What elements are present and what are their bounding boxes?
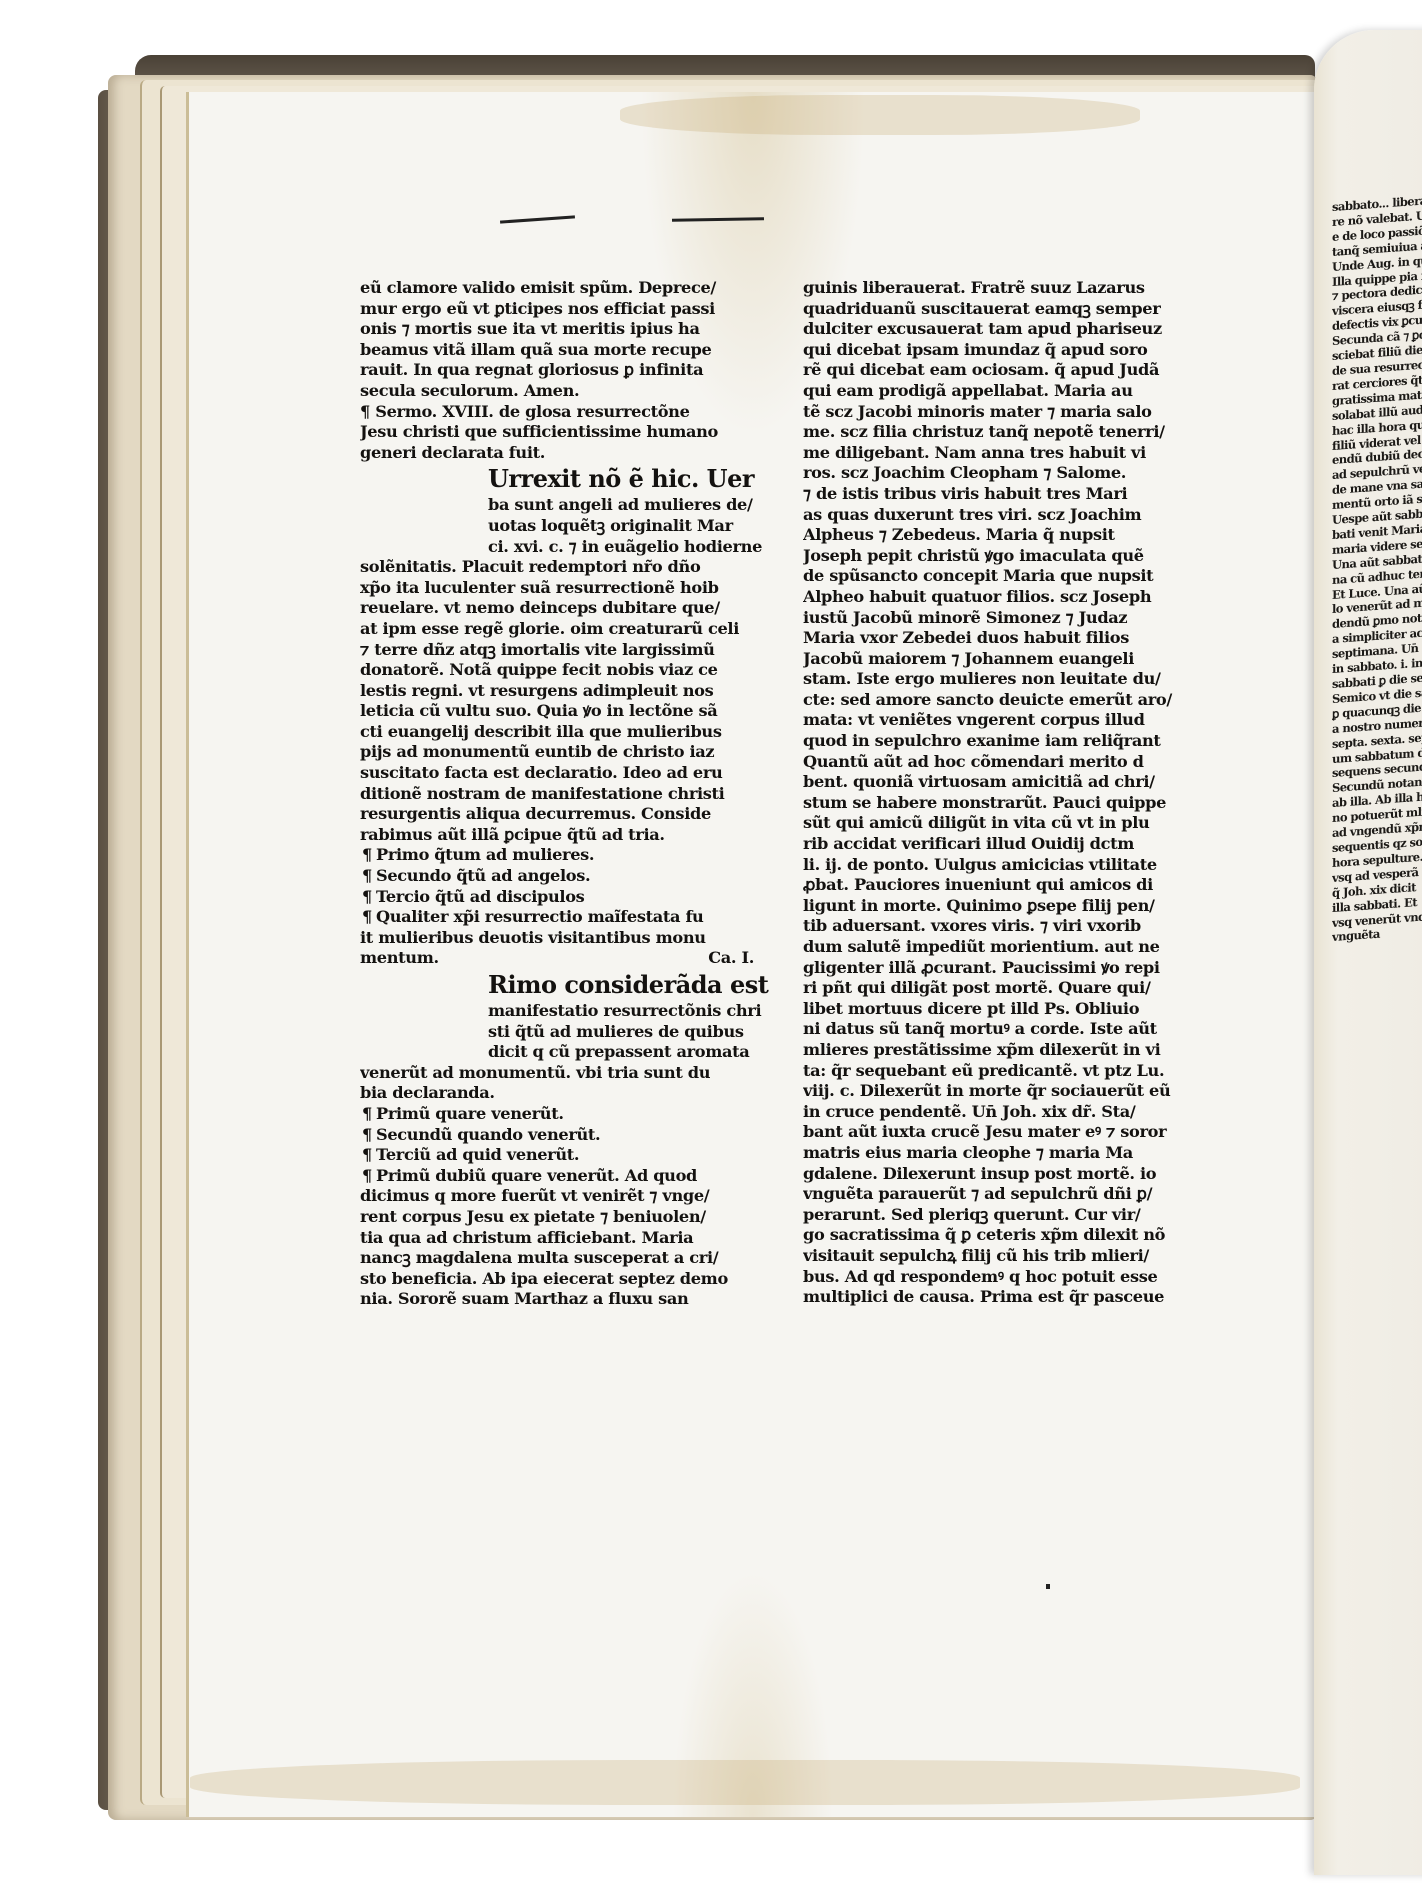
ink-mark xyxy=(1046,1584,1050,1589)
text-line: go sacratissima q̃ ꝑ ceteris xp̃m dilexi… xyxy=(803,1225,1243,1246)
text-line: beamus vitã illam quã sua morte recupe xyxy=(360,340,796,361)
text-line: rabimus aũt illã ꝑcipue q̃tũ ad tria. xyxy=(360,825,796,846)
text-line: iustũ Jacobũ minorẽ Simonez ⁊ Judaz xyxy=(803,608,1243,629)
text-line: eũ clamore valido emisit spũm. Deprece/ xyxy=(360,278,796,299)
text-line: lestis regni. vt resurgens adimpleuit no… xyxy=(360,681,796,702)
text-line: viij. c. Dilexerũt in morte q̃r sociauer… xyxy=(803,1081,1243,1102)
outline-item: ¶Secundũ quando venerũt. xyxy=(360,1125,796,1146)
text-line: resurgentis aliqua decurremus. Conside xyxy=(360,804,796,825)
left-text-column: eũ clamore valido emisit spũm. Deprece/ … xyxy=(360,278,796,1310)
text-line: ⁊ terre dñz atqꝫ imortalis vite largissi… xyxy=(360,640,796,661)
text-line: reuelare. vt nemo deinceps dubitare que/ xyxy=(360,598,796,619)
text-line: rauit. In qua regnat gloriosus ꝑ infinit… xyxy=(360,360,796,381)
text-line: donatorẽ. Notã quippe fecit nobis viaz c… xyxy=(360,660,796,681)
text-line: stum se habere monstrarũt. Pauci quippe xyxy=(803,793,1243,814)
text-line: ⁊ de istis tribus viris habuit tres Mari xyxy=(803,484,1243,505)
text-line: tia qua ad christum afficiebant. Maria xyxy=(360,1228,796,1249)
text-line: Jacobũ maiorem ⁊ Johannem euangeli xyxy=(803,649,1243,670)
text-line: li. ij. de ponto. Uulgus amicicias vtili… xyxy=(803,855,1243,876)
text-line: onis ⁊ mortis sue ita vt meritis ipius h… xyxy=(360,319,796,340)
text-line: ri pñt qui diligãt post mortẽ. Quare qui… xyxy=(803,978,1243,999)
text-line: ni datus sũ tanq̃ mortuꝰ a corde. Iste a… xyxy=(803,1019,1243,1040)
text-line: me diligebant. Nam anna tres habuit vi xyxy=(803,443,1243,464)
text-line: it mulieribus deuotis visitantibus monu xyxy=(360,928,796,949)
text-line: rẽ qui dicebat eam ociosam. q̃ apud Judã xyxy=(803,360,1243,381)
chapter-label: Ca. I. xyxy=(708,948,754,969)
text-line: at ipm esse regẽ glorie. oim creaturarũ … xyxy=(360,619,796,640)
text-line: mur ergo eũ vt ꝑticipes nos efficiat pas… xyxy=(360,299,796,320)
text-line: Quantũ aũt ad hoc cõmendari merito d xyxy=(803,752,1243,773)
sermon-title-line: generi declarata fuit. xyxy=(360,443,796,464)
text-line: vnguẽta parauerũt ⁊ ad sepulchrũ dñi ꝑ/ xyxy=(803,1184,1243,1205)
outline-item: ¶Primũ dubiũ quare venerũt. Ad quod xyxy=(360,1166,796,1187)
text-line: sti q̃tũ ad mulieres de quibus xyxy=(360,1022,796,1043)
facing-page-text-fragment: sabbato... liberauerat q pre nimire nõ v… xyxy=(1332,193,1422,945)
outline-item: ¶Qualiter xp̃i resurrectio maĩfestata fu xyxy=(360,907,796,928)
text-line: qui dicebat ipsam imundaz q̃ apud soro xyxy=(803,340,1243,361)
chapter-heading: Rimo considerãda est xyxy=(360,969,796,1001)
text-line: in cruce pendentẽ. Un̄ Joh. xix dr̃. Sta… xyxy=(803,1102,1243,1123)
text-line: Alpheo habuit quatuor filios. scz Joseph xyxy=(803,587,1243,608)
text-line: leticia cũ vultu suo. Quia ꝟo in lectõne… xyxy=(360,701,796,722)
text-line: dicimus q more fuerũt vt venirẽt ⁊ vnge/ xyxy=(360,1186,796,1207)
text-line: qui eam prodigã appellabat. Maria au xyxy=(803,381,1243,402)
text-line: ci. xvi. c. ⁊ in euãgelio hodierne xyxy=(360,537,796,558)
text-line: cte: sed amore sancto deuicte emerũt aro… xyxy=(803,690,1243,711)
outline-item: ¶Secundo q̃tũ ad angelos. xyxy=(360,866,796,887)
text-line: me. scz filia christuz tanq̃ nepotẽ tene… xyxy=(803,422,1243,443)
text-line: pijs ad monumentũ euntib de christo iaz xyxy=(360,742,796,763)
water-stain-top xyxy=(620,95,1140,135)
pilcrow-icon: ¶ xyxy=(362,1166,376,1187)
text-line: mlieres prestãtissime xp̃m dilexerũt in … xyxy=(803,1040,1243,1061)
text-line: multiplici de causa. Prima est q̃r pasce… xyxy=(803,1287,1243,1308)
text-line: sto beneficia. Ab ipa eiecerat septez de… xyxy=(360,1269,796,1290)
text-line: nancꝫ magdalena multa susceperat a cri/ xyxy=(360,1248,796,1269)
text-line: bent. quoniã virtuosam amicitiã ad chri/ xyxy=(803,772,1243,793)
sermon-title-line: Jesu christi que sufficientissime humano xyxy=(360,422,796,443)
pilcrow-icon: ¶ xyxy=(362,866,376,887)
text-line: Joseph pepit christũ ꝟgo imaculata quẽ xyxy=(803,546,1243,567)
text-line: dicit q cũ prepassent aromata xyxy=(360,1042,796,1063)
outline-item: ¶Primũ quare venerũt. xyxy=(360,1104,796,1125)
text-line: solẽnitatis. Placuit redemptori nr̃o dño xyxy=(360,557,796,578)
photograph-scene: eũ clamore valido emisit spũm. Deprece/ … xyxy=(0,0,1422,1890)
text-line: nia. Sororẽ suam Marthaz a fluxu san xyxy=(360,1289,796,1310)
text-line: de spũsancto concepit Maria que nupsit xyxy=(803,566,1243,587)
text-line: bant aũt iuxta crucẽ Jesu mater eꝰ ⁊ sor… xyxy=(803,1122,1243,1143)
text-line: dulciter excusauerat tam apud phariseuz xyxy=(803,319,1243,340)
text-line: perarunt. Sed pleriqꝫ querunt. Cur vir/ xyxy=(803,1205,1243,1226)
text-line: rib accidat verificari illud Ouidij dctm xyxy=(803,834,1243,855)
text-line: visitauit sepulchꝝ filij cũ his trib mli… xyxy=(803,1246,1243,1267)
text-line: mata: vt veniẽtes vngerent corpus illud xyxy=(803,710,1243,731)
text-line: Alpheus ⁊ Zebedeus. Maria q̃ nupsit xyxy=(803,525,1243,546)
text-line: matris eius maria cleophe ⁊ maria Ma xyxy=(803,1143,1243,1164)
text-line: bus. Ad qd respondemꝰ q hoc potuit esse xyxy=(803,1267,1243,1288)
text-line: ba sunt angeli ad mulieres de/ xyxy=(360,495,796,516)
text-line: quadriduanũ suscitauerat eamqꝫ semper xyxy=(803,299,1243,320)
pilcrow-icon: ¶ xyxy=(362,1145,376,1166)
text-line: tẽ scz Jacobi minoris mater ⁊ maria salo xyxy=(803,402,1243,423)
text-line: cti euangelij describit illa que mulieri… xyxy=(360,722,796,743)
pilcrow-icon: ¶ xyxy=(362,907,376,928)
outline-item: ¶Primo q̃tum ad mulieres. xyxy=(360,845,796,866)
outline-item: ¶Terciũ ad quid venerũt. xyxy=(360,1145,796,1166)
text-line: ros. scz Joachim Cleopham ⁊ Salome. xyxy=(803,463,1243,484)
text-line: stam. Iste ergo mulieres non leuitate du… xyxy=(803,669,1243,690)
text-line: xp̃o ita luculenter suã resurrectionẽ ho… xyxy=(360,578,796,599)
chapter-line: mentum.Ca. I. xyxy=(360,948,796,969)
outline-item: ¶Tercio q̃tũ ad discipulos xyxy=(360,887,796,908)
text-line: ꝓbat. Pauciores inueniunt qui amicos di xyxy=(803,875,1243,896)
text-line: Maria vxor Zebedei duos habuit filios xyxy=(803,628,1243,649)
sermon-title-line: ¶ Sermo. XVIII. de glosa resurrectõne xyxy=(360,402,796,423)
text-line: ditionẽ nostram de manifestatione christ… xyxy=(360,784,796,805)
text-line: manifestatio resurrectõnis chri xyxy=(360,1001,796,1022)
pilcrow-icon: ¶ xyxy=(362,887,376,908)
pilcrow-icon: ¶ xyxy=(362,1125,376,1146)
text-line: uotas loquẽtꝫ originalit Mar xyxy=(360,516,796,537)
text-line: dum salutẽ impediũt morientium. aut ne xyxy=(803,937,1243,958)
text-line: gdalene. Dilexerunt insup post mortẽ. io xyxy=(803,1164,1243,1185)
text-line: bia declaranda. xyxy=(360,1083,796,1104)
water-stain-bottom xyxy=(190,1760,1300,1805)
text-line: libet mortuus dicere pt illd Ps. Obliuio xyxy=(803,999,1243,1020)
text-line: rent corpus Jesu ex pietate ⁊ beniuolen/ xyxy=(360,1207,796,1228)
text-line: tib aduersant. vxores viris. ⁊ viri vxor… xyxy=(803,916,1243,937)
text-line: as quas duxerunt tres viri. scz Joachim xyxy=(803,505,1243,526)
text-line: quod in sepulchro exanime iam reliq̃rant xyxy=(803,731,1243,752)
right-text-column: guinis liberauerat. Fratrẽ suuz Lazarusq… xyxy=(803,278,1243,1308)
text-line: suscitato facta est declaratio. Ideo ad … xyxy=(360,763,796,784)
text-line: sũt qui amicũ diligũt in vita cũ vt in p… xyxy=(803,813,1243,834)
incipit-heading: Urrexit nõ ẽ hic. Uer xyxy=(360,463,796,495)
text-line: venerũt ad monumentũ. vbi tria sunt du xyxy=(360,1063,796,1084)
text-line: ta: q̃r sequebant eũ predicantẽ. vt ptz … xyxy=(803,1061,1243,1082)
pilcrow-icon: ¶ xyxy=(362,1104,376,1125)
text-line: guinis liberauerat. Fratrẽ suuz Lazarus xyxy=(803,278,1243,299)
pilcrow-icon: ¶ xyxy=(362,845,376,866)
text-line: gligenter illã ꝓcurant. Paucissimi ꝟo re… xyxy=(803,958,1243,979)
text-line: secula seculorum. Amen. xyxy=(360,381,796,402)
text-line: ligunt in morte. Quinimo ꝑsepe filij pen… xyxy=(803,896,1243,917)
